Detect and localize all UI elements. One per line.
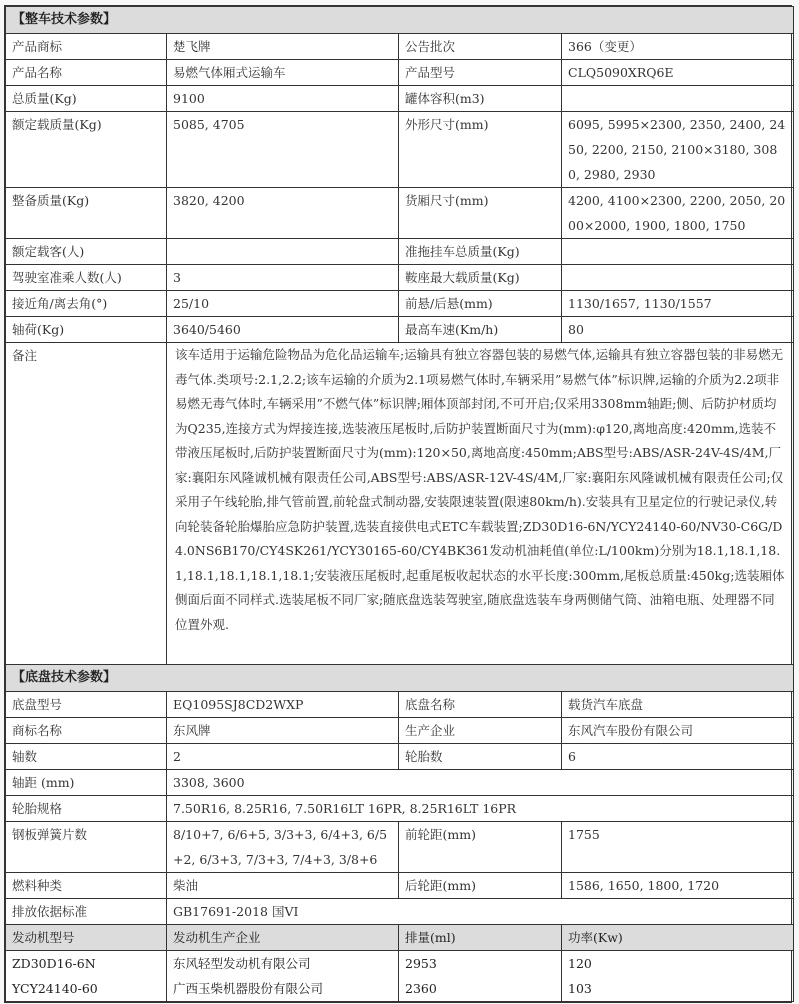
- value-cell: 7.50R16, 8.25R16, 7.50R16LT 16PR, 8.25R1…: [167, 796, 794, 822]
- engine-header-row: 发动机型号 发动机生产企业 排量(ml) 功率(Kw): [6, 925, 794, 951]
- engine-model: ZD30D16-6N: [6, 951, 167, 977]
- value-cell: [167, 239, 399, 265]
- spec-sheet: 【整车技术参数】 产品商标 楚飞牌 公告批次 366（变更） 产品名称 易燃气体…: [4, 5, 792, 1003]
- vehicle-section-header: 【整车技术参数】: [6, 7, 794, 34]
- value-cell: 1130/1657, 1130/1557: [562, 291, 794, 317]
- value-cell: 载货汽车底盘: [562, 692, 794, 718]
- value-cell: 易燃气体厢式运输车: [167, 60, 399, 86]
- table-row: 排放依据标准 GB17691-2018 国VI: [6, 899, 794, 925]
- engine-displacement: 2360: [399, 976, 562, 1002]
- value-cell: 3820, 4200: [167, 188, 399, 239]
- label-cell: 生产企业: [399, 718, 562, 744]
- value-cell: 5085, 4705: [167, 112, 399, 188]
- label-cell: 钢板弹簧片数: [6, 822, 167, 873]
- label-cell: 轴数: [6, 744, 167, 770]
- value-cell: EQ1095SJ8CD2WXP: [167, 692, 399, 718]
- vehicle-section-title: 【整车技术参数】: [6, 7, 794, 34]
- label-cell: 轴距 (mm): [6, 770, 167, 796]
- label-cell: 总质量(Kg): [6, 86, 167, 112]
- column-header: 发动机型号: [6, 925, 167, 951]
- label-cell: 排放依据标准: [6, 899, 167, 925]
- value-cell: 25/10: [167, 291, 399, 317]
- label-cell: 公告批次: [399, 34, 562, 60]
- table-row: 钢板弹簧片数 8/10+7, 6/6+5, 3/3+3, 6/4+3, 6/5+…: [6, 822, 794, 873]
- chassis-section-header: 【底盘技术参数】: [6, 665, 794, 692]
- engine-maker: 东风轻型发动机有限公司: [167, 951, 399, 977]
- label-cell: 后轮距(mm): [399, 873, 562, 899]
- value-cell: [562, 239, 794, 265]
- label-cell: 产品商标: [6, 34, 167, 60]
- table-row: 商标名称 东风牌 生产企业 东风汽车股份有限公司: [6, 718, 794, 744]
- table-row: 接近角/离去角(°) 25/10 前悬/后悬(mm) 1130/1657, 11…: [6, 291, 794, 317]
- label-cell: 额定载质量(Kg): [6, 112, 167, 188]
- label-cell: 额定载客(人): [6, 239, 167, 265]
- value-cell: GB17691-2018 国VI: [167, 899, 794, 925]
- engine-model: YCY24140-60: [6, 976, 167, 1002]
- table-row: 额定载质量(Kg) 5085, 4705 外形尺寸(mm) 6095, 5995…: [6, 112, 794, 188]
- table-row: 轴距 (mm) 3308, 3600: [6, 770, 794, 796]
- label-cell: 前悬/后悬(mm): [399, 291, 562, 317]
- engine-row: YCY24140-60 广西玉柴机器股份有限公司 2360 103: [6, 976, 794, 1002]
- spec-table: 【整车技术参数】 产品商标 楚飞牌 公告批次 366（变更） 产品名称 易燃气体…: [5, 6, 794, 1002]
- engine-row: ZD30D16-6N 东风轻型发动机有限公司 2953 120: [6, 951, 794, 977]
- value-cell: 3308, 3600: [167, 770, 794, 796]
- table-row: 燃料种类 柴油 后轮距(mm) 1586, 1650, 1800, 1720: [6, 873, 794, 899]
- engine-power: 120: [562, 951, 794, 977]
- remarks-row: 备注 该车适用于运输危险物品为危化品运输车;运输具有独立容器包装的易燃气体,运输…: [6, 343, 794, 665]
- value-cell: CLQ5090XRQ6E: [562, 60, 794, 86]
- engine-displacement: 2953: [399, 951, 562, 977]
- label-cell: 燃料种类: [6, 873, 167, 899]
- label-cell: 驾驶室准乘人数(人): [6, 265, 167, 291]
- value-cell: 6: [562, 744, 794, 770]
- table-row: 产品商标 楚飞牌 公告批次 366（变更）: [6, 34, 794, 60]
- value-cell: 6095, 5995×2300, 2350, 2400, 2450, 2200,…: [562, 112, 794, 188]
- label-cell: 底盘名称: [399, 692, 562, 718]
- value-cell: 3640/5460: [167, 317, 399, 343]
- value-cell: 9100: [167, 86, 399, 112]
- table-row: 轮胎规格 7.50R16, 8.25R16, 7.50R16LT 16PR, 8…: [6, 796, 794, 822]
- label-cell: 罐体容积(m3): [399, 86, 562, 112]
- table-row: 底盘型号 EQ1095SJ8CD2WXP 底盘名称 载货汽车底盘: [6, 692, 794, 718]
- remarks-text: 该车适用于运输危险物品为危化品运输车;运输具有独立容器包装的易燃气体,运输具有独…: [167, 343, 794, 665]
- value-cell: 柴油: [167, 873, 399, 899]
- value-cell: [562, 265, 794, 291]
- value-cell: 东风汽车股份有限公司: [562, 718, 794, 744]
- label-cell: 轮胎数: [399, 744, 562, 770]
- label-cell: 外形尺寸(mm): [399, 112, 562, 188]
- label-cell: 产品名称: [6, 60, 167, 86]
- value-cell: 1755: [562, 822, 794, 873]
- engine-maker: 广西玉柴机器股份有限公司: [167, 976, 399, 1002]
- label-cell: 前轮距(mm): [399, 822, 562, 873]
- column-header: 发动机生产企业: [167, 925, 399, 951]
- engine-power: 103: [562, 976, 794, 1002]
- value-cell: 东风牌: [167, 718, 399, 744]
- value-cell: 80: [562, 317, 794, 343]
- table-row: 总质量(Kg) 9100 罐体容积(m3): [6, 86, 794, 112]
- column-header: 排量(ml): [399, 925, 562, 951]
- label-cell: 轴荷(Kg): [6, 317, 167, 343]
- value-cell: 366（变更）: [562, 34, 794, 60]
- remarks-label: 备注: [6, 343, 167, 665]
- label-cell: 鞍座最大载质量(Kg): [399, 265, 562, 291]
- label-cell: 轮胎规格: [6, 796, 167, 822]
- table-row: 产品名称 易燃气体厢式运输车 产品型号 CLQ5090XRQ6E: [6, 60, 794, 86]
- table-row: 驾驶室准乘人数(人) 3 鞍座最大载质量(Kg): [6, 265, 794, 291]
- table-row: 轴荷(Kg) 3640/5460 最高车速(Km/h) 80: [6, 317, 794, 343]
- label-cell: 接近角/离去角(°): [6, 291, 167, 317]
- label-cell: 最高车速(Km/h): [399, 317, 562, 343]
- label-cell: 商标名称: [6, 718, 167, 744]
- value-cell: 8/10+7, 6/6+5, 3/3+3, 6/4+3, 6/5+2, 6/3+…: [167, 822, 399, 873]
- table-row: 额定载客(人) 准拖挂车总质量(Kg): [6, 239, 794, 265]
- value-cell: 3: [167, 265, 399, 291]
- value-cell: [562, 86, 794, 112]
- value-cell: 2: [167, 744, 399, 770]
- value-cell: 楚飞牌: [167, 34, 399, 60]
- label-cell: 产品型号: [399, 60, 562, 86]
- table-row: 整备质量(Kg) 3820, 4200 货厢尺寸(mm) 4200, 4100×…: [6, 188, 794, 239]
- label-cell: 准拖挂车总质量(Kg): [399, 239, 562, 265]
- label-cell: 货厢尺寸(mm): [399, 188, 562, 239]
- value-cell: 1586, 1650, 1800, 1720: [562, 873, 794, 899]
- value-cell: 4200, 4100×2300, 2200, 2050, 2000×2000, …: [562, 188, 794, 239]
- label-cell: 整备质量(Kg): [6, 188, 167, 239]
- table-row: 轴数 2 轮胎数 6: [6, 744, 794, 770]
- column-header: 功率(Kw): [562, 925, 794, 951]
- label-cell: 底盘型号: [6, 692, 167, 718]
- chassis-section-title: 【底盘技术参数】: [6, 665, 794, 692]
